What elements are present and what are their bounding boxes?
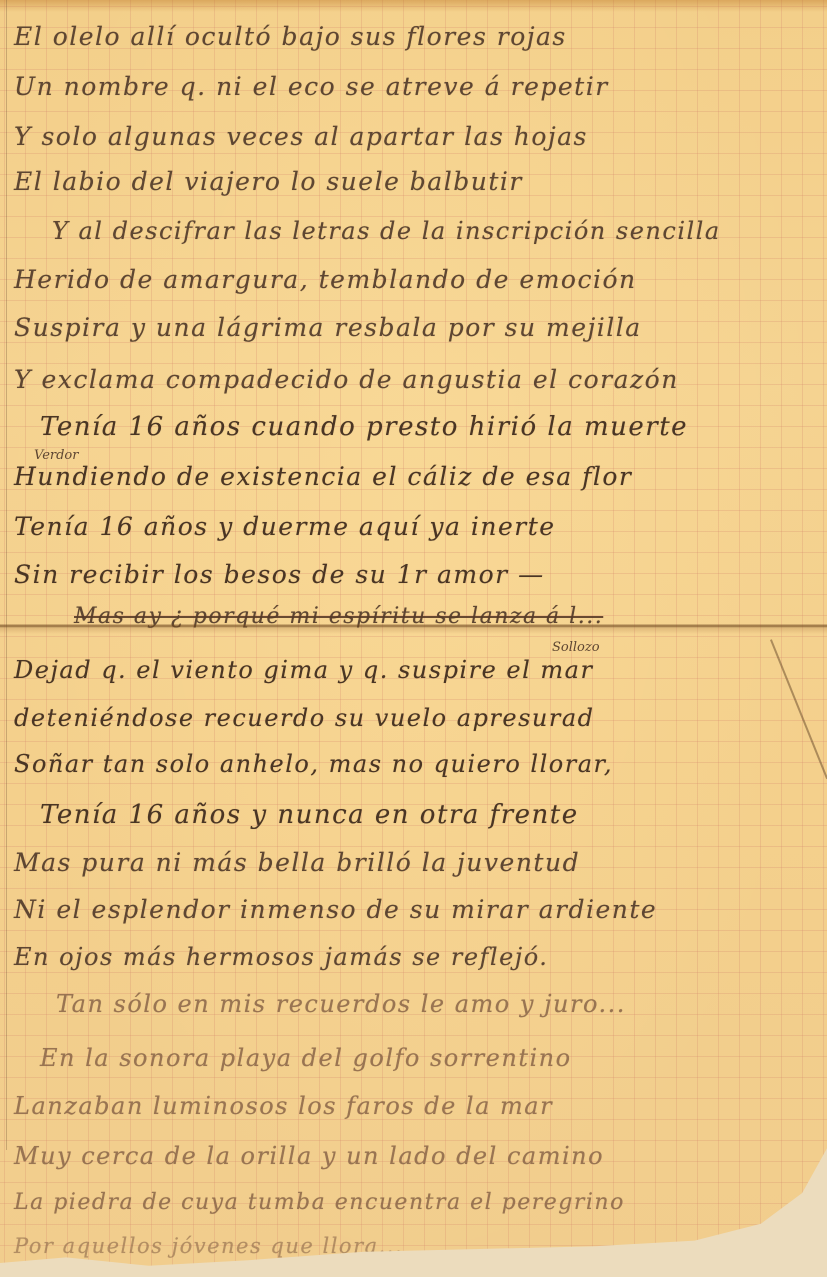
left-margin-line <box>6 0 7 1150</box>
manuscript-line: Tan sólo en mis recuerdos le amo y juro.… <box>56 990 626 1018</box>
fold-shadow <box>0 628 827 634</box>
manuscript-line: Mas pura ni más bella brilló la juventud <box>14 848 580 877</box>
manuscript-line: deteniéndose recuerdo su vuelo apresurad <box>14 704 595 732</box>
manuscript-line: Un nombre q. ni el eco se atreve á repet… <box>14 72 609 101</box>
manuscript-line: Y al descifrar las letras de la inscripc… <box>52 217 721 245</box>
manuscript-line: Tenía 16 años cuando presto hirió la mue… <box>40 412 688 442</box>
manuscript-line: Ni el esplendor inmenso de su mirar ardi… <box>14 895 657 924</box>
manuscript-line: Soñar tan solo anhelo, mas no quiero llo… <box>14 750 613 778</box>
manuscript-line: Y exclama compadecido de angustia el cor… <box>14 365 679 394</box>
manuscript-line: En la sonora playa del golfo sorrentino <box>40 1044 572 1072</box>
manuscript-line: Dejad q. el viento gima y q. suspire el … <box>14 656 593 684</box>
insertion-note: Verdor <box>34 448 78 463</box>
manuscript-line: Muy cerca de la orilla y un lado del cam… <box>14 1142 604 1170</box>
manuscript-line: Lanzaban luminosos los faros de la mar <box>14 1092 553 1120</box>
insertion-note: Sollozo <box>552 640 600 655</box>
manuscript-line: Hundiendo de existencia el cáliz de esa … <box>14 462 632 491</box>
manuscript-line: Y solo algunas veces al apartar las hoja… <box>14 122 588 151</box>
manuscript-line: La piedra de cuya tumba encuentra el per… <box>14 1190 625 1215</box>
manuscript-page: El olelo allí ocultó bajo sus flores roj… <box>0 0 827 1277</box>
manuscript-line: Tenía 16 años y nunca en otra frente <box>40 800 579 830</box>
manuscript-line: En ojos más hermosos jamás se reflejó. <box>14 943 548 971</box>
water-stain <box>0 0 827 12</box>
manuscript-line: El olelo allí ocultó bajo sus flores roj… <box>14 22 567 51</box>
manuscript-line: Sin recibir los besos de su 1r amor — <box>14 560 545 589</box>
manuscript-line: Herido de amargura, temblando de emoción <box>14 265 637 294</box>
manuscript-line: Suspira y una lágrima resbala por su mej… <box>14 313 642 342</box>
manuscript-line: El labio del viajero lo suele balbutir <box>14 167 523 196</box>
paper-crack <box>770 639 827 779</box>
manuscript-line: Tenía 16 años y duerme aquí ya inerte <box>14 512 556 541</box>
